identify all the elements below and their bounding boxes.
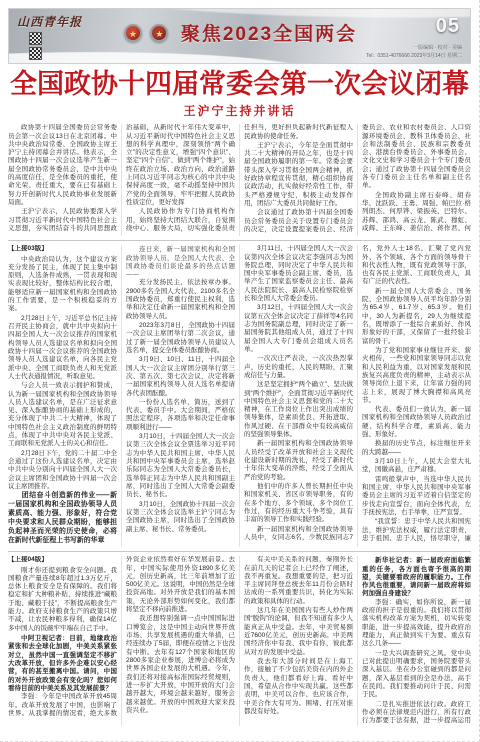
band-divider: [8, 551, 471, 552]
headline-byline: 王沪宁主持并讲话: [8, 102, 471, 119]
paragraph: 代表、委员们一致认为，新一届国家机构和全国政协领导人员政治过硬、结构科学合理，素…: [362, 406, 471, 439]
qr-code-icon: [29, 47, 42, 60]
edition-meta: 一版编辑 · 校对 · 美编 Tel：0351-4076666 2023年3月1…: [366, 44, 462, 60]
national-emblem-icon: ★: [124, 24, 142, 42]
paragraph: 3月10日，十四届全国人大一次会议第三次全体会议全票选举习近平同志为中华人民共和…: [126, 433, 235, 500]
article-continued-03-columns: 【上接03版】中央政治局认为，这个建议方案充分发扬了民主，体现了民主集中制原则，…: [8, 245, 471, 547]
paragraph: 2023年3月8日，全国政协十四届一次会议主席团举行第二次会议，通过了新一届全国…: [126, 322, 235, 355]
paragraph: 充分发扬民主，依法按章办事。2900多名全国人大代表、2100多名全国政协委员，…: [126, 279, 235, 321]
paragraph: 李强：确实，如你所说，新一届政府的担子是很重的。我们将以贯彻落实机构改革方案为契…: [362, 599, 471, 649]
paragraph: 这几年在美国国内有些人炒作两国“脱钩”的论调，但我不知道有多少人能真正从中受益。…: [244, 607, 353, 657]
paragraph: 【上接03版】: [8, 245, 117, 253]
paragraph: 这是坚定拥护“两个确立”、坚决做到“两个维护”，全面贯彻习近平新时代中国特色社会…: [244, 381, 353, 439]
edition-info-line: Tel：0351-4076666 2023年3月14日 星期二: [366, 52, 462, 60]
article-continued-04-columns: 【上接04版】刚才你还提到粮食安全问题。我国粮食产量连续8年超过1.3万亿斤，总…: [8, 556, 471, 726]
paragraph: 3月12日，十四届全国人大一次会议第五次全体会议决定丁薛祥等4名同志为国务院副总…: [244, 304, 353, 354]
article-top-columns: 政协第十四届全国委员会常务委员会第一次会议13日在北京闭幕。中共中央政治局常委、…: [8, 124, 471, 236]
newspaper-page: 山西青年报 ★ ★ 聚焦2023全国两会 05 一版编辑 · 校对 · 美编 T…: [0, 0, 480, 742]
band-divider: [8, 240, 471, 241]
paragraph: 2月28日上午，习近平总书记主持召开民主协商会，就中共中央拟向十四届全国人大一次…: [8, 315, 117, 382]
masthead-center: ★ ★ 聚焦2023全国两会: [9, 19, 470, 46]
paragraph: 3月11日，十四届全国人大一次会议第四次全体会议决定李强同志为国务院总理，同时决…: [244, 245, 353, 303]
paragraph: 我去年大部分时间是在上海工作，接触了不少包括美资在内的外企负责人，他们都看好上海…: [244, 658, 353, 716]
paragraph: 他们中的许多人曾长期担任中央和国家机关、省区市领导职务，有的在多个地方、多个领域…: [244, 483, 353, 525]
cppcc-emblem-icon: ★: [150, 24, 168, 42]
paragraph: 雷鸣般掌声中，当选中华人民共和国主席、中华人民共和国中央军事委员会主席的习近平迈…: [362, 476, 471, 518]
paragraph: 中阿卫视记者：目前，地缘政治紧张和去全球化加剧，中美关系紧张对立，虽然中国一直强…: [8, 634, 117, 692]
paragraph: 刚才你还提到粮食安全问题。我国粮食产量连续8年超过1.3万亿斤，总体上粮食安全是…: [8, 567, 117, 634]
paragraph: 一是大兴调查研究之风。党中央已对此提出明确要求，国务院要带头深入基层。坐在办公室…: [362, 650, 471, 700]
paragraph: 2月28日下午，党的二十届二中全会通过了这份人选建议名单，决定由中共中央分别向十…: [8, 450, 117, 492]
paragraph: 换届的历史节点，标注继往开来的大跨越——: [362, 440, 471, 457]
paragraph: 我还想特别强调一点中国国际进口博览会，这是中国主动向世界开放市场、共享发展机遇的…: [126, 615, 235, 715]
paragraph: 与会人员一致表示拥护和赞成，认为新一届国家机构和全国政协领导人员人选建议名单，是…: [8, 382, 117, 449]
paragraph: 为了党和国家事业继往开来、薪火相传，一些党和国家领导同志以党和人民利益为重，以对…: [362, 347, 471, 405]
paragraph: 新一届国家机构和全国政协领导人员经受了改革开放和社会主义现代化建设新时期的洗礼，…: [244, 440, 353, 482]
section-banner-title: 聚焦2023全国两会: [181, 19, 357, 46]
paragraph: 【上接04版】: [8, 556, 117, 564]
paragraph: 3月10日上午，人民大会堂大礼堂，国徽高悬，庄严肃穆。: [362, 458, 471, 475]
paragraph: 新华社记者：新一届政府面临繁重的任务，各方面也寄予很高的期望，关键要看政府的履职…: [362, 556, 471, 598]
page-number: 05: [436, 15, 460, 38]
paragraph: 连日来，新一届国家机构和全国政协领导人员，是全国人大代表、全国政协委员们谈论最多…: [126, 245, 235, 278]
paragraph: 3月9日、10日、11日，十四届全国人大一次会议主席团分别举行第三次、第五次、第…: [126, 356, 235, 398]
paragraph: 一份份人选名单、简历，送到了代表、委员手中。大会期间，严格依照法定程序，各项选举…: [126, 399, 235, 432]
paragraph: 有关中美关系的问题，秦刚外长在前几天的记者会上已经作了阐述，我不再重复。我想重要…: [244, 556, 353, 606]
main-headline: 全国政协十四届常委会第一次会议闭幕: [8, 69, 471, 99]
paragraph: 3月10日，全国政协十四届一次会议第三次全体会议选举王沪宁同志为全国政协主席，同…: [126, 501, 235, 534]
paragraph: 中央政治局认为，这个建议方案充分发扬了民主，体现了民主集中制原则，人选条件成熟，…: [8, 256, 117, 314]
paragraph: 一次次庄严表决，一次次热烈掌声，历史的重托，人民的期盼，汇聚成信任与力量。: [244, 355, 353, 380]
paragraph: 政协第十四届全国委员会常务委员会第一次会议13日在北京闭幕。中共中央政治局常委、…: [8, 124, 117, 207]
paragraph: 王沪宁表示，今年是全面贯彻中共二十大精神的开局之年，也是十四届全国政协履职的第一…: [244, 142, 353, 209]
masthead-banner: 山西青年报 ★ ★ 聚焦2023全国两会 05 一版编辑 · 校对 · 美编 T…: [8, 8, 471, 64]
paragraph: 团结奋斗创造新的伟业——新一届国家机构和全国政协领导人员素质高、能力强、形象好，…: [8, 492, 117, 546]
edition-credit-line: 一版编辑 · 校对 · 美编: [366, 44, 462, 52]
paragraph: 新一届全国人大常委会、国务院、全国政协领导人员平均年龄分别为65.4岁、61.7…: [362, 288, 471, 346]
